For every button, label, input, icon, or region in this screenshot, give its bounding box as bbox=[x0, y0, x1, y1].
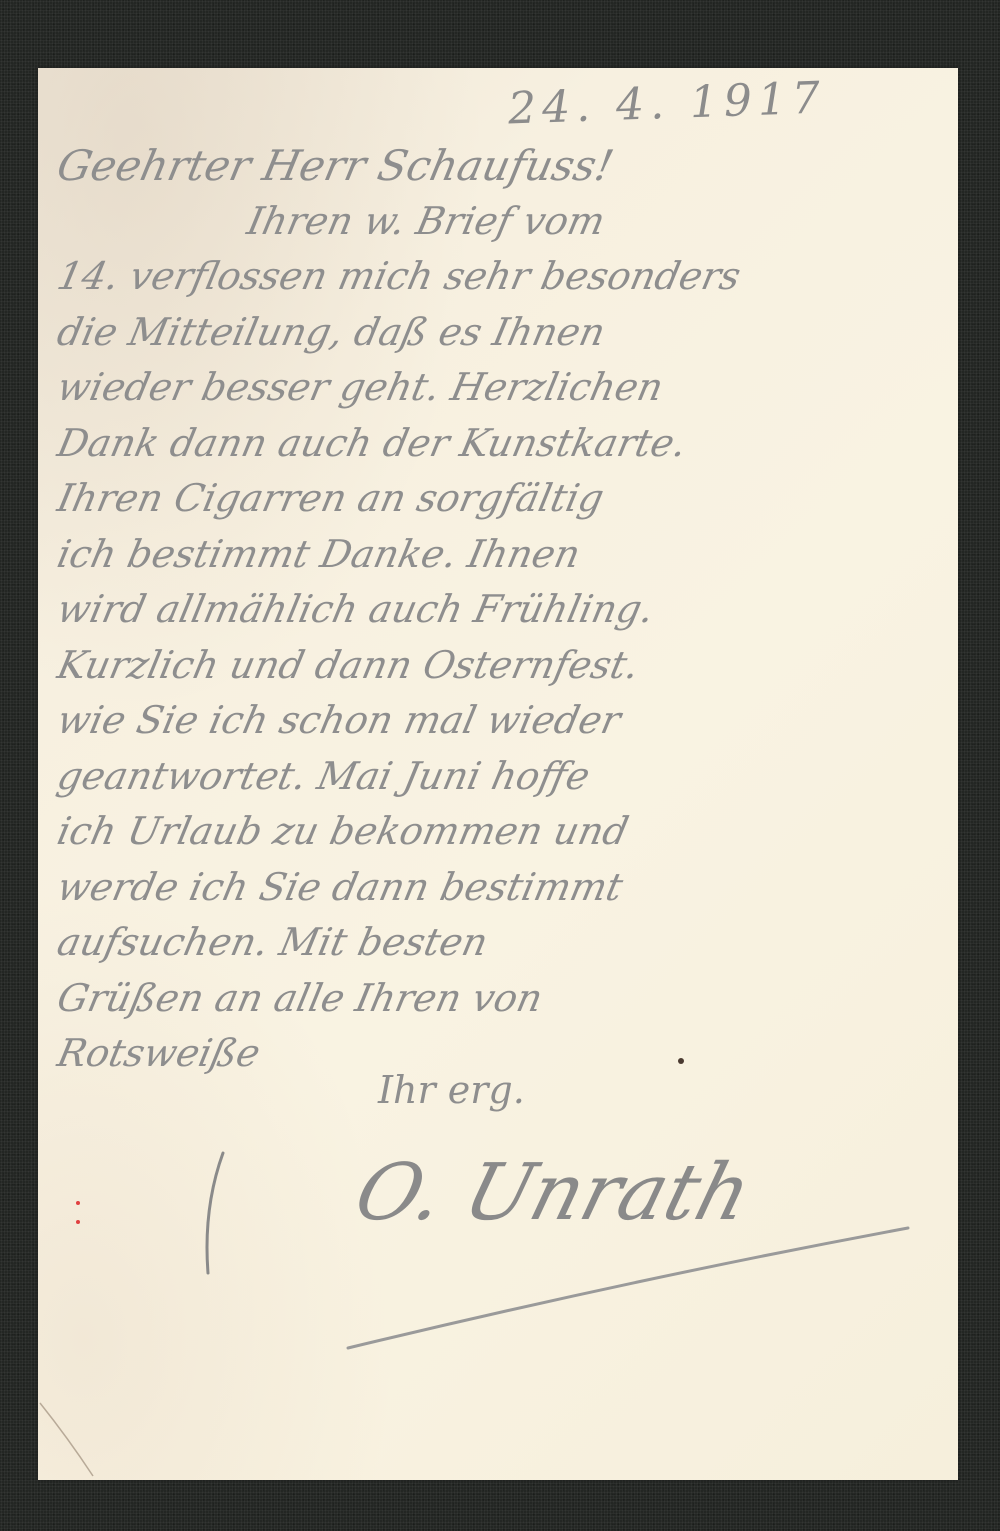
red-ink-mark bbox=[76, 1190, 88, 1196]
body-line: Kurzlich und dann Osternfest. bbox=[52, 638, 944, 694]
body-line: die Mitteilung, daß es Ihnen bbox=[52, 305, 944, 361]
body-line: aufsuchen. Mit besten bbox=[52, 915, 944, 971]
body-line: 14. verflossen mich sehr besonders bbox=[52, 249, 944, 305]
body-line: wird allmählich auch Frühling. bbox=[52, 582, 944, 638]
pencil-stroke-mark bbox=[198, 1148, 228, 1278]
letter-date: 24. 4. 1917 bbox=[507, 72, 826, 134]
body-line: Ihren Cigarren an sorgfältig bbox=[52, 471, 944, 527]
signature-underline bbox=[338, 1218, 938, 1358]
body-line: wieder besser geht. Herzlichen bbox=[52, 360, 944, 416]
body-line: Dank dann auch der Kunstkarte. bbox=[52, 416, 944, 472]
body-line: Grüßen an alle Ihren von bbox=[52, 971, 944, 1027]
body-line: ich bestimmt Danke. Ihnen bbox=[52, 527, 944, 583]
letter-body: Geehrter Herr Schaufuss! Ihren w. Brief … bbox=[58, 138, 938, 1082]
body-line: ich Urlaub zu bekommen und bbox=[52, 804, 944, 860]
body-line: Ihren w. Brief vom bbox=[52, 194, 944, 250]
corner-crease bbox=[38, 1398, 118, 1478]
body-line: werde ich Sie dann bestimmt bbox=[52, 860, 944, 916]
ink-dot bbox=[678, 1058, 684, 1064]
salutation: Geehrter Herr Schaufuss! bbox=[52, 138, 944, 194]
closing: Ihr erg. bbox=[378, 1068, 525, 1112]
body-line: geantwortet. Mai Juni hoffe bbox=[52, 749, 944, 805]
body-line: wie Sie ich schon mal wieder bbox=[52, 693, 944, 749]
postcard: 24. 4. 1917 Geehrter Herr Schaufuss! Ihr… bbox=[38, 68, 958, 1480]
